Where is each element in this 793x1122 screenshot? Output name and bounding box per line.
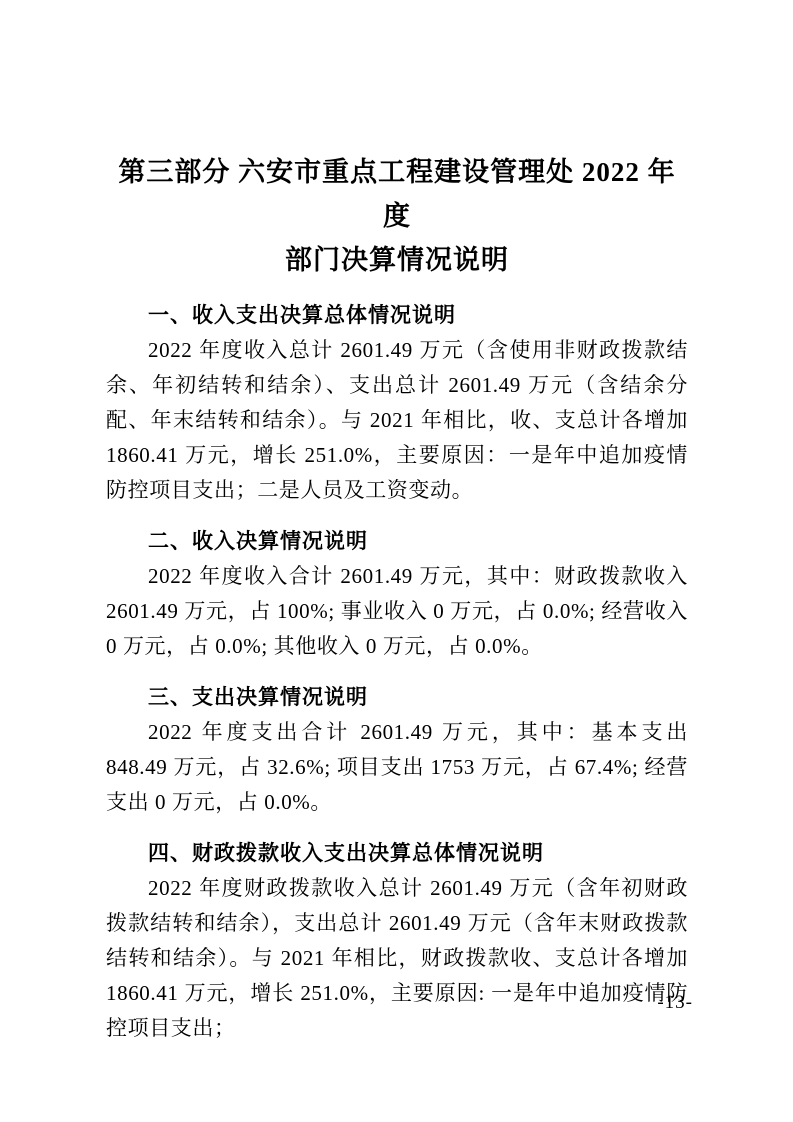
section-2-paragraph: 2022 年度收入合计 2601.49 万元，其中：财政拨款收入 2601.49… [106,559,688,664]
document-title-line1: 第三部分 六安市重点工程建设管理处 2022 年度 [106,150,688,238]
page-number: -13- [657,992,693,1014]
document-title: 第三部分 六安市重点工程建设管理处 2022 年度 部门决算情况说明 [106,150,688,282]
section-2-heading: 二、收入决算情况说明 [106,524,688,559]
section-income-expenditure-overview: 一、收入支出决算总体情况说明 2022 年度收入总计 2601.49 万元（含使… [106,298,688,508]
section-4-heading: 四、财政拨款收入支出决算总体情况说明 [106,836,688,871]
section-3-paragraph: 2022 年度支出合计 2601.49 万元，其中：基本支出 848.49 万元… [106,715,688,820]
section-income-details: 二、收入决算情况说明 2022 年度收入合计 2601.49 万元，其中：财政拨… [106,524,688,664]
document-page: 第三部分 六安市重点工程建设管理处 2022 年度 部门决算情况说明 一、收入支… [0,0,793,1122]
section-fiscal-appropriation-overview: 四、财政拨款收入支出决算总体情况说明 2022 年度财政拨款收入总计 2601.… [106,836,688,1046]
section-3-heading: 三、支出决算情况说明 [106,680,688,715]
document-content: 第三部分 六安市重点工程建设管理处 2022 年度 部门决算情况说明 一、收入支… [106,150,688,1046]
section-1-heading: 一、收入支出决算总体情况说明 [106,298,688,333]
document-title-line2: 部门决算情况说明 [106,238,688,282]
section-1-paragraph: 2022 年度收入总计 2601.49 万元（含使用非财政拨款结余、年初结转和结… [106,333,688,508]
section-4-paragraph: 2022 年度财政拨款收入总计 2601.49 万元（含年初财政拨款结转和结余）… [106,871,688,1046]
section-expenditure-details: 三、支出决算情况说明 2022 年度支出合计 2601.49 万元，其中：基本支… [106,680,688,820]
